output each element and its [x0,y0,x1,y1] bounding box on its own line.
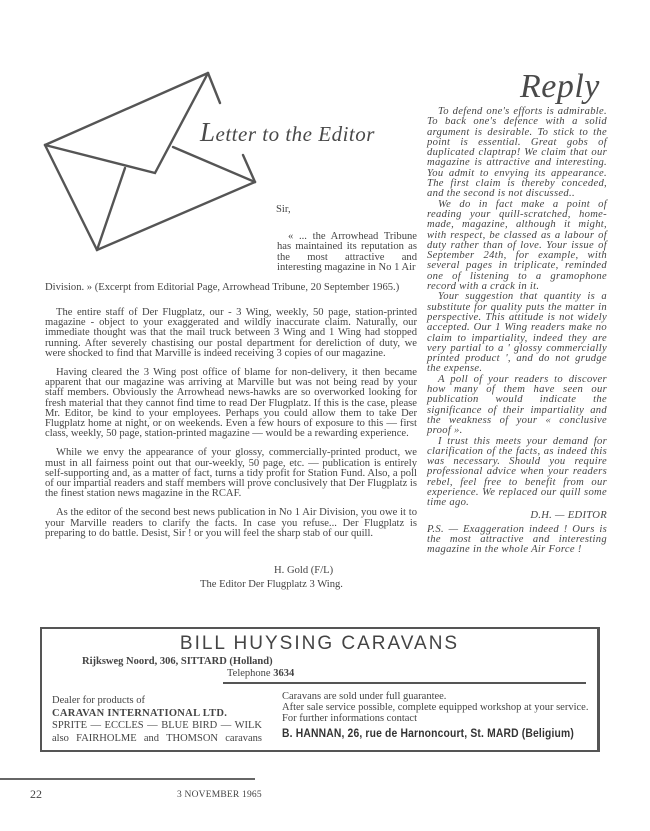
letter-title: Letter to the Editor [200,117,375,148]
reply-paragraph: To defend one's efforts is admirable. To… [427,107,607,200]
ad-phone-label: Telephone [227,668,271,679]
reply-paragraph: A poll of your readers to discover how m… [427,375,607,437]
ad-dealer-line: Dealer for products of [52,695,262,708]
ad-guarantee: Caravans are sold under full guarantee. [282,691,592,702]
letter-title-initial: L [200,117,216,147]
reply-body: To defend one's efforts is admirable. To… [427,107,607,556]
ad-manufacturer: CARAVAN INTERNATIONAL LTD. [52,708,262,721]
letter-quote-rest: Division. » (Excerpt from Editorial Page… [45,283,417,293]
letter-paragraph: While we envy the appearance of your glo… [45,448,417,499]
ad-phone-number: 3634 [273,668,294,679]
ad-dealer-info: Dealer for products of CARAVAN INTERNATI… [52,695,262,745]
ad-phone: Telephone 3634 [227,668,294,679]
reply-paragraph: We do in fact make a point of reading yo… [427,200,607,293]
issue-date: 3 NOVEMBER 1965 [177,790,262,800]
ad-address: Rijksweg Noord, 306, SITTARD (Holland) [82,656,273,667]
letter-paragraph: Having cleared the 3 Wing post office of… [45,368,417,439]
letter-title-text: etter to the Editor [216,122,375,146]
ad-service-info: Caravans are sold under full guarantee. … [282,691,592,739]
reply-paragraph: I trust this meets your demand for clari… [427,437,607,509]
ad-contact: B. HANNAN, 26, rue de Harnoncourt, St. M… [282,728,549,739]
letter-paragraph: The entire staff of Der Flugplatz, our -… [45,308,417,359]
reply-paragraph: Your suggestion that quantity is a subst… [427,292,607,374]
letter-body: The entire staff of Der Flugplatz, our -… [45,308,417,548]
signature-title: The Editor Der Flugplatz 3 Wing. [200,580,417,590]
footer-divider [0,778,255,780]
signature-name: H. Gold (F/L) [200,566,417,576]
ad-contact-intro: For further informations contact [282,713,592,724]
reply-signature: D.H. — EDITOR [427,511,607,521]
ad-brands-extra: also FAIRHOLME and THOMSON caravans [52,733,262,746]
reply-postscript: P.S. — Exaggeration indeed ! Ours is the… [427,525,607,556]
ad-brands: SPRITE — ECCLES — BLUE BIRD — WILK [52,720,262,733]
letter-paragraph: As the editor of the second best news pu… [45,508,417,539]
letter-signature: H. Gold (F/L) The Editor Der Flugplatz 3… [200,566,417,590]
ad-divider [223,682,586,684]
letter-salutation: Sir, [276,205,291,215]
reply-title: Reply [520,68,600,106]
letter-quote-top: « ... the Arrowhead Tribune has maintain… [277,232,417,274]
ad-service: After sale service possible, complete eq… [282,702,592,713]
page-number: 22 [30,787,42,802]
caravan-advertisement: BILL HUYSING CARAVANS Rijksweg Noord, 30… [40,627,600,752]
ad-title: BILL HUYSING CARAVANS [42,633,597,655]
